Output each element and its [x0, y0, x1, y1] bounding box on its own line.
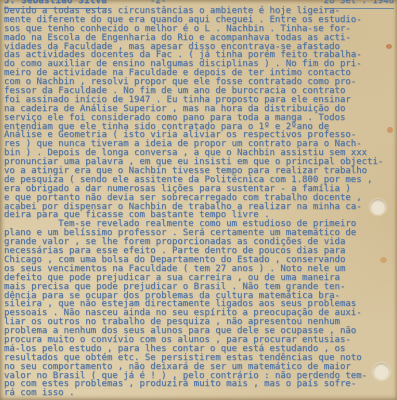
letter-page: J. Sebastião Silva -2- 28 Set . 1948 Dev…: [0, 0, 397, 400]
paper-stain: [386, 44, 392, 49]
text-line: rá com isso .: [4, 389, 394, 398]
paper-stain: [380, 257, 387, 263]
paper-stain: [387, 127, 393, 133]
punch-hole-top: [370, 199, 386, 215]
punch-hole-bottom: [373, 363, 390, 380]
letter-body: Devido a todas estas circunstâncias o am…: [4, 7, 394, 398]
